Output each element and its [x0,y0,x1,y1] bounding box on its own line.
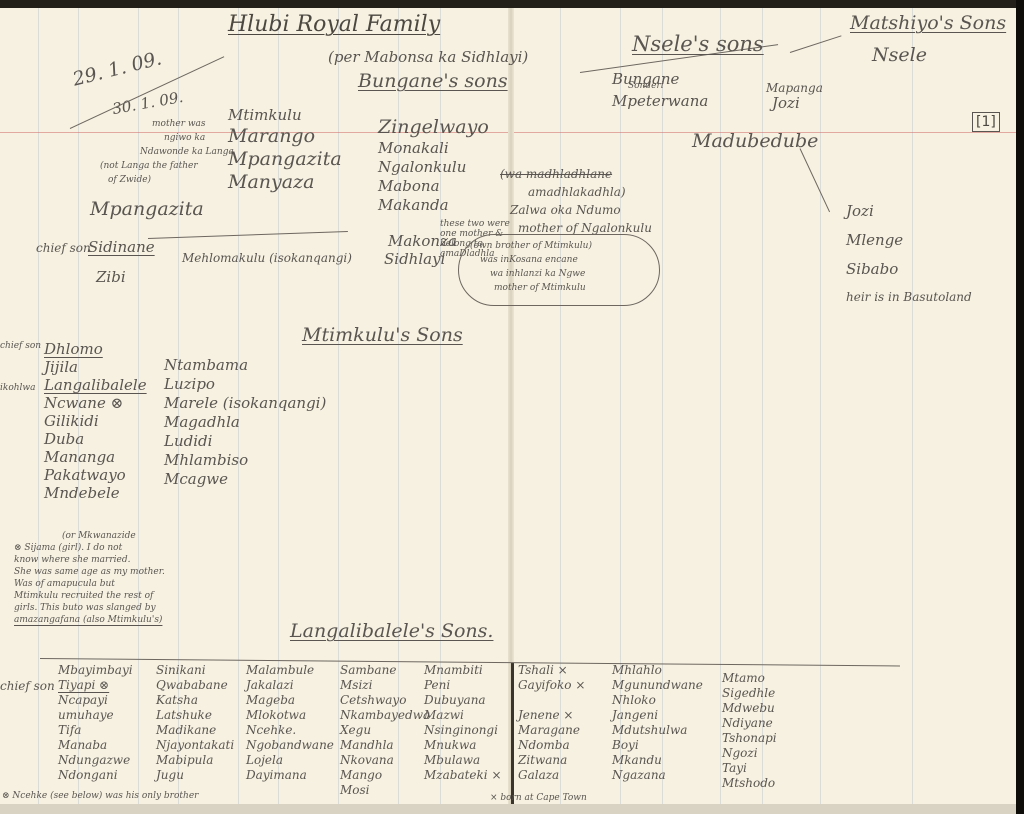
name-sonderi: Sonderi [628,82,664,91]
name: Jugu [156,769,234,781]
name: Njayontakati [156,739,234,751]
name-mpangazita: Mpangazita [90,200,204,219]
name: Sibabo [846,262,972,277]
name: Ludidi [164,434,326,449]
name: Gayifoko × [518,679,585,691]
note-born-cape-town: × born at Cape Town [490,794,587,803]
name: Mabipula [156,754,234,766]
note-sidhlayi: was inKosana encane [480,256,578,265]
heading-nsele-sons: Nsele's sons [632,34,764,55]
rule-line [912,8,913,806]
name: Langalibalele [44,378,147,393]
note-ngalonkulu: Zalwa oka Ndumo [510,204,621,216]
name: Ndomba [518,739,585,751]
name: Jijila [44,360,147,375]
name: Mtshodo [722,777,777,789]
langalibalele-col-4: Sambane Msizi Cetshwayo Nkambayedwa Xegu… [340,664,430,796]
langalibalele-footnote: ⊗ Ncehke (see below) was his only brothe… [2,792,198,801]
name: Mhlambiso [164,453,326,468]
heading-langalibalele-sons: Langalibalele's Sons. [290,622,493,641]
footnote-line: Mtimkulu recruited the rest of [14,592,165,601]
langalibalele-col-1: Mbayimbayi Tiyapi ⊗ Ncapayi umuhaye Tifa… [58,664,133,781]
name: Mzabateki × [424,769,502,781]
name: Peni [424,679,502,691]
mtimkulu-sons-col-1: Dhlomo Jijila Langalibalele Ncwane ⊗ Gil… [44,342,147,501]
name: Boyi [612,739,703,751]
heading-bungane-sons: Bungane's sons [358,72,508,91]
name: Mdutshulwa [612,724,703,736]
connector-line [790,35,842,53]
name: Marele (isokanqangi) [164,396,326,411]
langalibalele-col-7: Mhlahlo Mgunundwane Nhloko Jangeni Mduts… [612,664,703,781]
name: Mkandu [612,754,703,766]
scan-border-right [1016,0,1024,814]
name [518,694,585,706]
note-ngalonkulu: mother of Ngalonkulu [518,222,652,234]
name: Luzipo [164,377,326,392]
name: Tshonapi [722,732,777,744]
name: Msizi [340,679,430,691]
name: Makanda [378,198,489,213]
name: Tayi [722,762,777,774]
name: Mananga [44,450,147,465]
note-mother: mother was [152,120,206,129]
footnote-line: girls. This buto was slanged by [14,604,165,613]
name: Nsinginongi [424,724,502,736]
name: Manaba [58,739,133,751]
name: Mazwi [424,709,502,721]
mtimkulu-sons-col-2: Ntambama Luzipo Marele (isokanqangi) Mag… [164,358,326,487]
note-sidhlayi: wa inhlanzi ka Ngwe [490,270,585,279]
gutter-shadow [511,663,514,806]
name: Marango [228,127,342,146]
name: Nkambayedwa [340,709,430,721]
label-chief-son: chief son [0,680,55,692]
name: Ndungazwe [58,754,133,766]
name: Dubuyana [424,694,502,706]
name: Lojela [246,754,334,766]
name: Ndiyane [722,717,777,729]
name: Ndongani [58,769,133,781]
name-zibi: Zibi [96,270,126,285]
name: Pakatwayo [44,468,147,483]
langalibalele-col-3: Malambule Jakalazi Mageba Mlokotwa Ncehk… [246,664,334,781]
footnote-line: know where she married. [14,556,165,565]
name-mapanga: Mapanga [766,82,823,94]
name: Ngalonkulu [378,160,489,175]
name: Mnambiti [424,664,502,676]
name: Mageba [246,694,334,706]
name: Mbayimbayi [58,664,133,676]
name-mehlomakulu: Mehlomakulu (isokanqangi) [182,252,352,264]
note-sidhlayi: mother of Mtimkulu [494,284,586,293]
name: Malambule [246,664,334,676]
name: Sigedhle [722,687,777,699]
footnote-line: Was of amapucula but [14,580,165,589]
name: Mosi [340,784,430,796]
name: Mndebele [44,486,147,501]
arrow-line [800,148,830,212]
scan-border-top [0,0,1024,8]
name: Manyaza [228,173,342,192]
name-mpeterwana: Mpeterwana [612,94,708,109]
name: Mbulawa [424,754,502,766]
name: Mabona [378,179,489,194]
name-jozi: Jozi [772,96,800,111]
name: Monakali [378,141,489,156]
page-number: [1] [972,112,1000,132]
note-ngalonkulu: amadhlakadhla) [528,186,626,198]
name: Mdwebu [722,702,777,714]
name: Tiyapi ⊗ [58,679,133,691]
name: Mpangazita [228,150,342,169]
name: Ncapayi [58,694,133,706]
name: Galaza [518,769,585,781]
name-nsele: Nsele [872,46,927,65]
name: Dayimana [246,769,334,781]
note-ndawonde: Ndawonde ka Langa [140,148,234,157]
note-zwide: of Zwide) [108,176,151,185]
langalibalele-col-5: Mnambiti Peni Dubuyana Mazwi Nsinginongi… [424,664,502,781]
name: Mlokotwa [246,709,334,721]
name: Gilikidi [44,414,147,429]
name: Madikane [156,724,234,736]
name: Nkovana [340,754,430,766]
name: Xegu [340,724,430,736]
name: Magadhla [164,415,326,430]
name: Zingelwayo [378,118,489,137]
name: Tifa [58,724,133,736]
name: Tshali × [518,664,585,676]
date-1: 29. 1. 09. [71,49,164,89]
name: Ngozi [722,747,777,759]
langalibalele-col-8: Mtamo Sigedhle Mdwebu Ndiyane Tshonapi N… [722,672,777,789]
name: Sinikani [156,664,234,676]
heading-matshiyo-sons: Matshiyo's Sons [850,14,1006,33]
name: Ngobandwane [246,739,334,751]
notebook-spread: Hlubi Royal Family (per Mabonsa ka Sidhl… [0,8,1016,806]
name: Maragane [518,724,585,736]
name: Sambane [340,664,430,676]
name: Mhlahlo [612,664,703,676]
rule-line [820,8,821,806]
name: Jangeni [612,709,703,721]
name: Jakalazi [246,679,334,691]
name: Mgunundwane [612,679,703,691]
name: Mango [340,769,430,781]
label-chief-son: chief son [36,242,91,254]
name: Mlenge [846,233,972,248]
name: Mnukwa [424,739,502,751]
name: Ncwane ⊗ [44,396,147,411]
page-subtitle: (per Mabonsa ka Sidhlayi) [328,50,528,65]
label-chief-son: chief son [0,342,41,351]
name: Cetshwayo [340,694,430,706]
scan-border-bottom [0,804,1024,814]
name: umuhaye [58,709,133,721]
note-mndebele: (or Mkwanazide [62,532,136,541]
name: Katsha [156,694,234,706]
label-ikohlwa: ikohlwa [0,384,36,393]
name: Mtimkulu [228,108,342,123]
footnote-line: She was same age as my mother. [14,568,165,577]
note-ngalonkulu: (wa madhladhlane [500,168,612,180]
name: Mtamo [722,672,777,684]
name: Ncehke. [246,724,334,736]
name: Duba [44,432,147,447]
name: Ntambama [164,358,326,373]
note-heir: heir is in Basutoland [846,291,972,303]
jozi-line: Jozi Mlenge Sibabo heir is in Basutoland [846,204,972,303]
name: Qwababane [156,679,234,691]
name: Mandhla [340,739,430,751]
note-ngiwo: ngiwo ka [164,134,205,143]
left-group-list: Mtimkulu Marango Mpangazita Manyaza [228,108,342,192]
name: Ngazana [612,769,703,781]
footnote-line: ⊗ Sijama (girl). I do not [14,544,165,553]
name: Zitwana [518,754,585,766]
footnote-line: amazangafana (also Mtimkulu's) [14,616,165,625]
name-sidhlayi: Sidhlayi [384,252,445,267]
note-not-langa: (not Langa the father [100,162,198,171]
bungane-sons-list: Zingelwayo Monakali Ngalonkulu Mabona Ma… [378,118,489,213]
name: Jenene × [518,709,585,721]
note-sidhlayi: (own brother of Mtimkulu) [470,242,592,251]
mtimkulu-footnote: ⊗ Sijama (girl). I do not know where she… [14,544,165,625]
name-sidinane: Sidinane [88,240,155,255]
name: Mcagwe [164,472,326,487]
langalibalele-col-2: Sinikani Qwababane Katsha Latshuke Madik… [156,664,234,781]
heading-mtimkulu-sons: Mtimkulu's Sons [302,326,463,345]
name: Dhlomo [44,342,147,357]
rule-line [720,8,721,806]
name: Nhloko [612,694,703,706]
langalibalele-col-6: Tshali × Gayifoko × Jenene × Maragane Nd… [518,664,585,781]
name: Latshuke [156,709,234,721]
page-title: Hlubi Royal Family [228,14,440,36]
name: Jozi [846,204,972,219]
